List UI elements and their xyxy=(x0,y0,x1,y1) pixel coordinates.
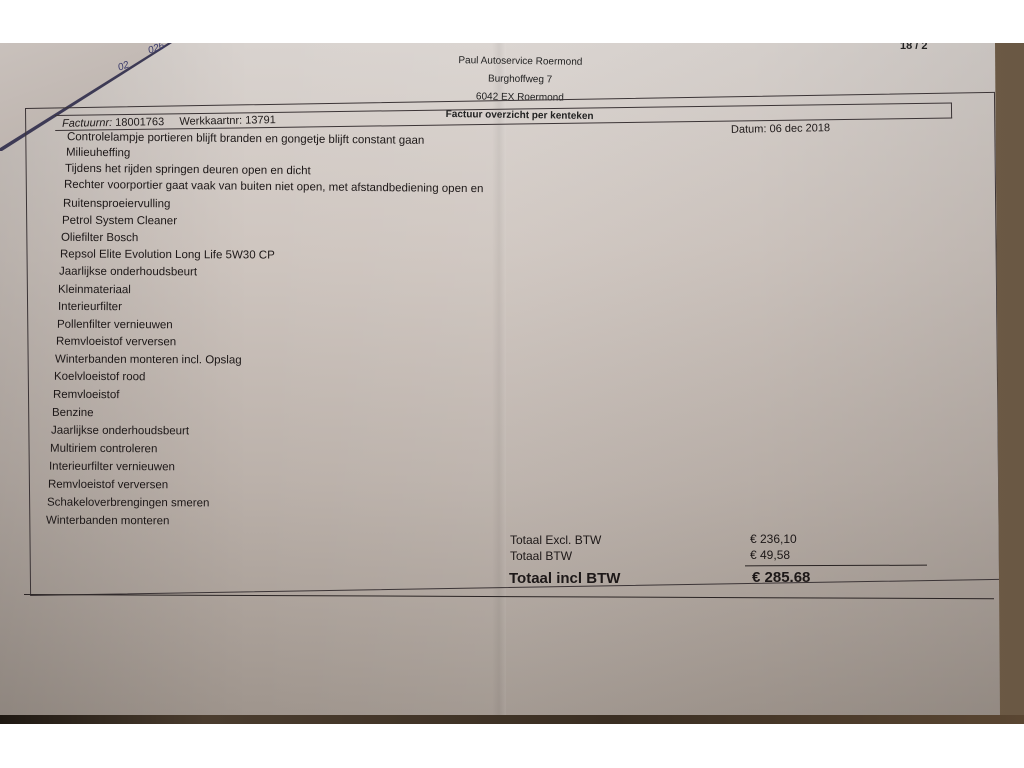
line-item: Interieurfilter vernieuwen xyxy=(49,461,175,474)
line-item: Remvloeistof verversen xyxy=(56,336,176,349)
line-item: Schakeloverbrengingen smeren xyxy=(47,497,209,510)
table-surface xyxy=(0,715,1024,724)
total-btw-value: € 49,58 xyxy=(750,548,790,562)
line-item: Remvloeistof verversen xyxy=(48,479,168,492)
line-item: Kleinmateriaal xyxy=(58,284,131,296)
line-item: Jaarlijkse onderhoudsbeurt xyxy=(59,266,197,279)
workcard-value: 13791 xyxy=(245,114,276,127)
line-item: Milieuheffing xyxy=(66,147,130,160)
line-item: Koelvloeistof rood xyxy=(54,371,145,383)
line-item: Multiriem controleren xyxy=(50,443,157,456)
line-item: Benzine xyxy=(52,407,94,419)
total-incl-value: € 285.68 xyxy=(752,569,810,586)
date-label: Datum: xyxy=(731,123,767,136)
line-item: Ruitensproeiervulling xyxy=(63,198,170,211)
date-value: 06 dec 2018 xyxy=(769,122,830,135)
line-item: Winterbanden monteren xyxy=(46,515,169,528)
line-item: Interieurfilter xyxy=(57,301,121,313)
line-item: Tijdens het rijden springen deuren open … xyxy=(65,163,311,178)
line-item: Petrol System Cleaner xyxy=(62,215,177,228)
line-item: Oliefilter Bosch xyxy=(61,232,138,244)
invoice-date: Datum: 06 dec 2018 xyxy=(731,122,830,136)
invoice-number-label: Factuurnr: xyxy=(62,117,112,130)
total-excl-value: € 236,10 xyxy=(750,532,797,546)
line-item: Repsol Elite Evolution Long Life 5W30 CP xyxy=(60,248,275,261)
line-item: Remvloeistof xyxy=(53,389,120,401)
total-btw-label: Totaal BTW xyxy=(510,549,572,563)
line-item: Pollenfilter vernieuwen xyxy=(57,319,173,332)
line-item: Winterbanden monteren incl. Opslag xyxy=(55,354,242,367)
invoice-page: 026 02 18 / 2 Paul Autoservice Roermond … xyxy=(0,43,1000,715)
line-item: Jaarlijkse onderhoudsbeurt xyxy=(51,425,189,438)
total-incl-label: Totaal incl BTW xyxy=(509,570,620,587)
total-excl-label: Totaal Excl. BTW xyxy=(510,533,601,547)
workcard-label: Werkkaartnr: xyxy=(179,115,242,128)
photo-background: 026 02 18 / 2 Paul Autoservice Roermond … xyxy=(0,43,1024,724)
invoice-number-value: 18001763 xyxy=(115,116,164,129)
page-number: 18 / 2 xyxy=(900,43,928,52)
